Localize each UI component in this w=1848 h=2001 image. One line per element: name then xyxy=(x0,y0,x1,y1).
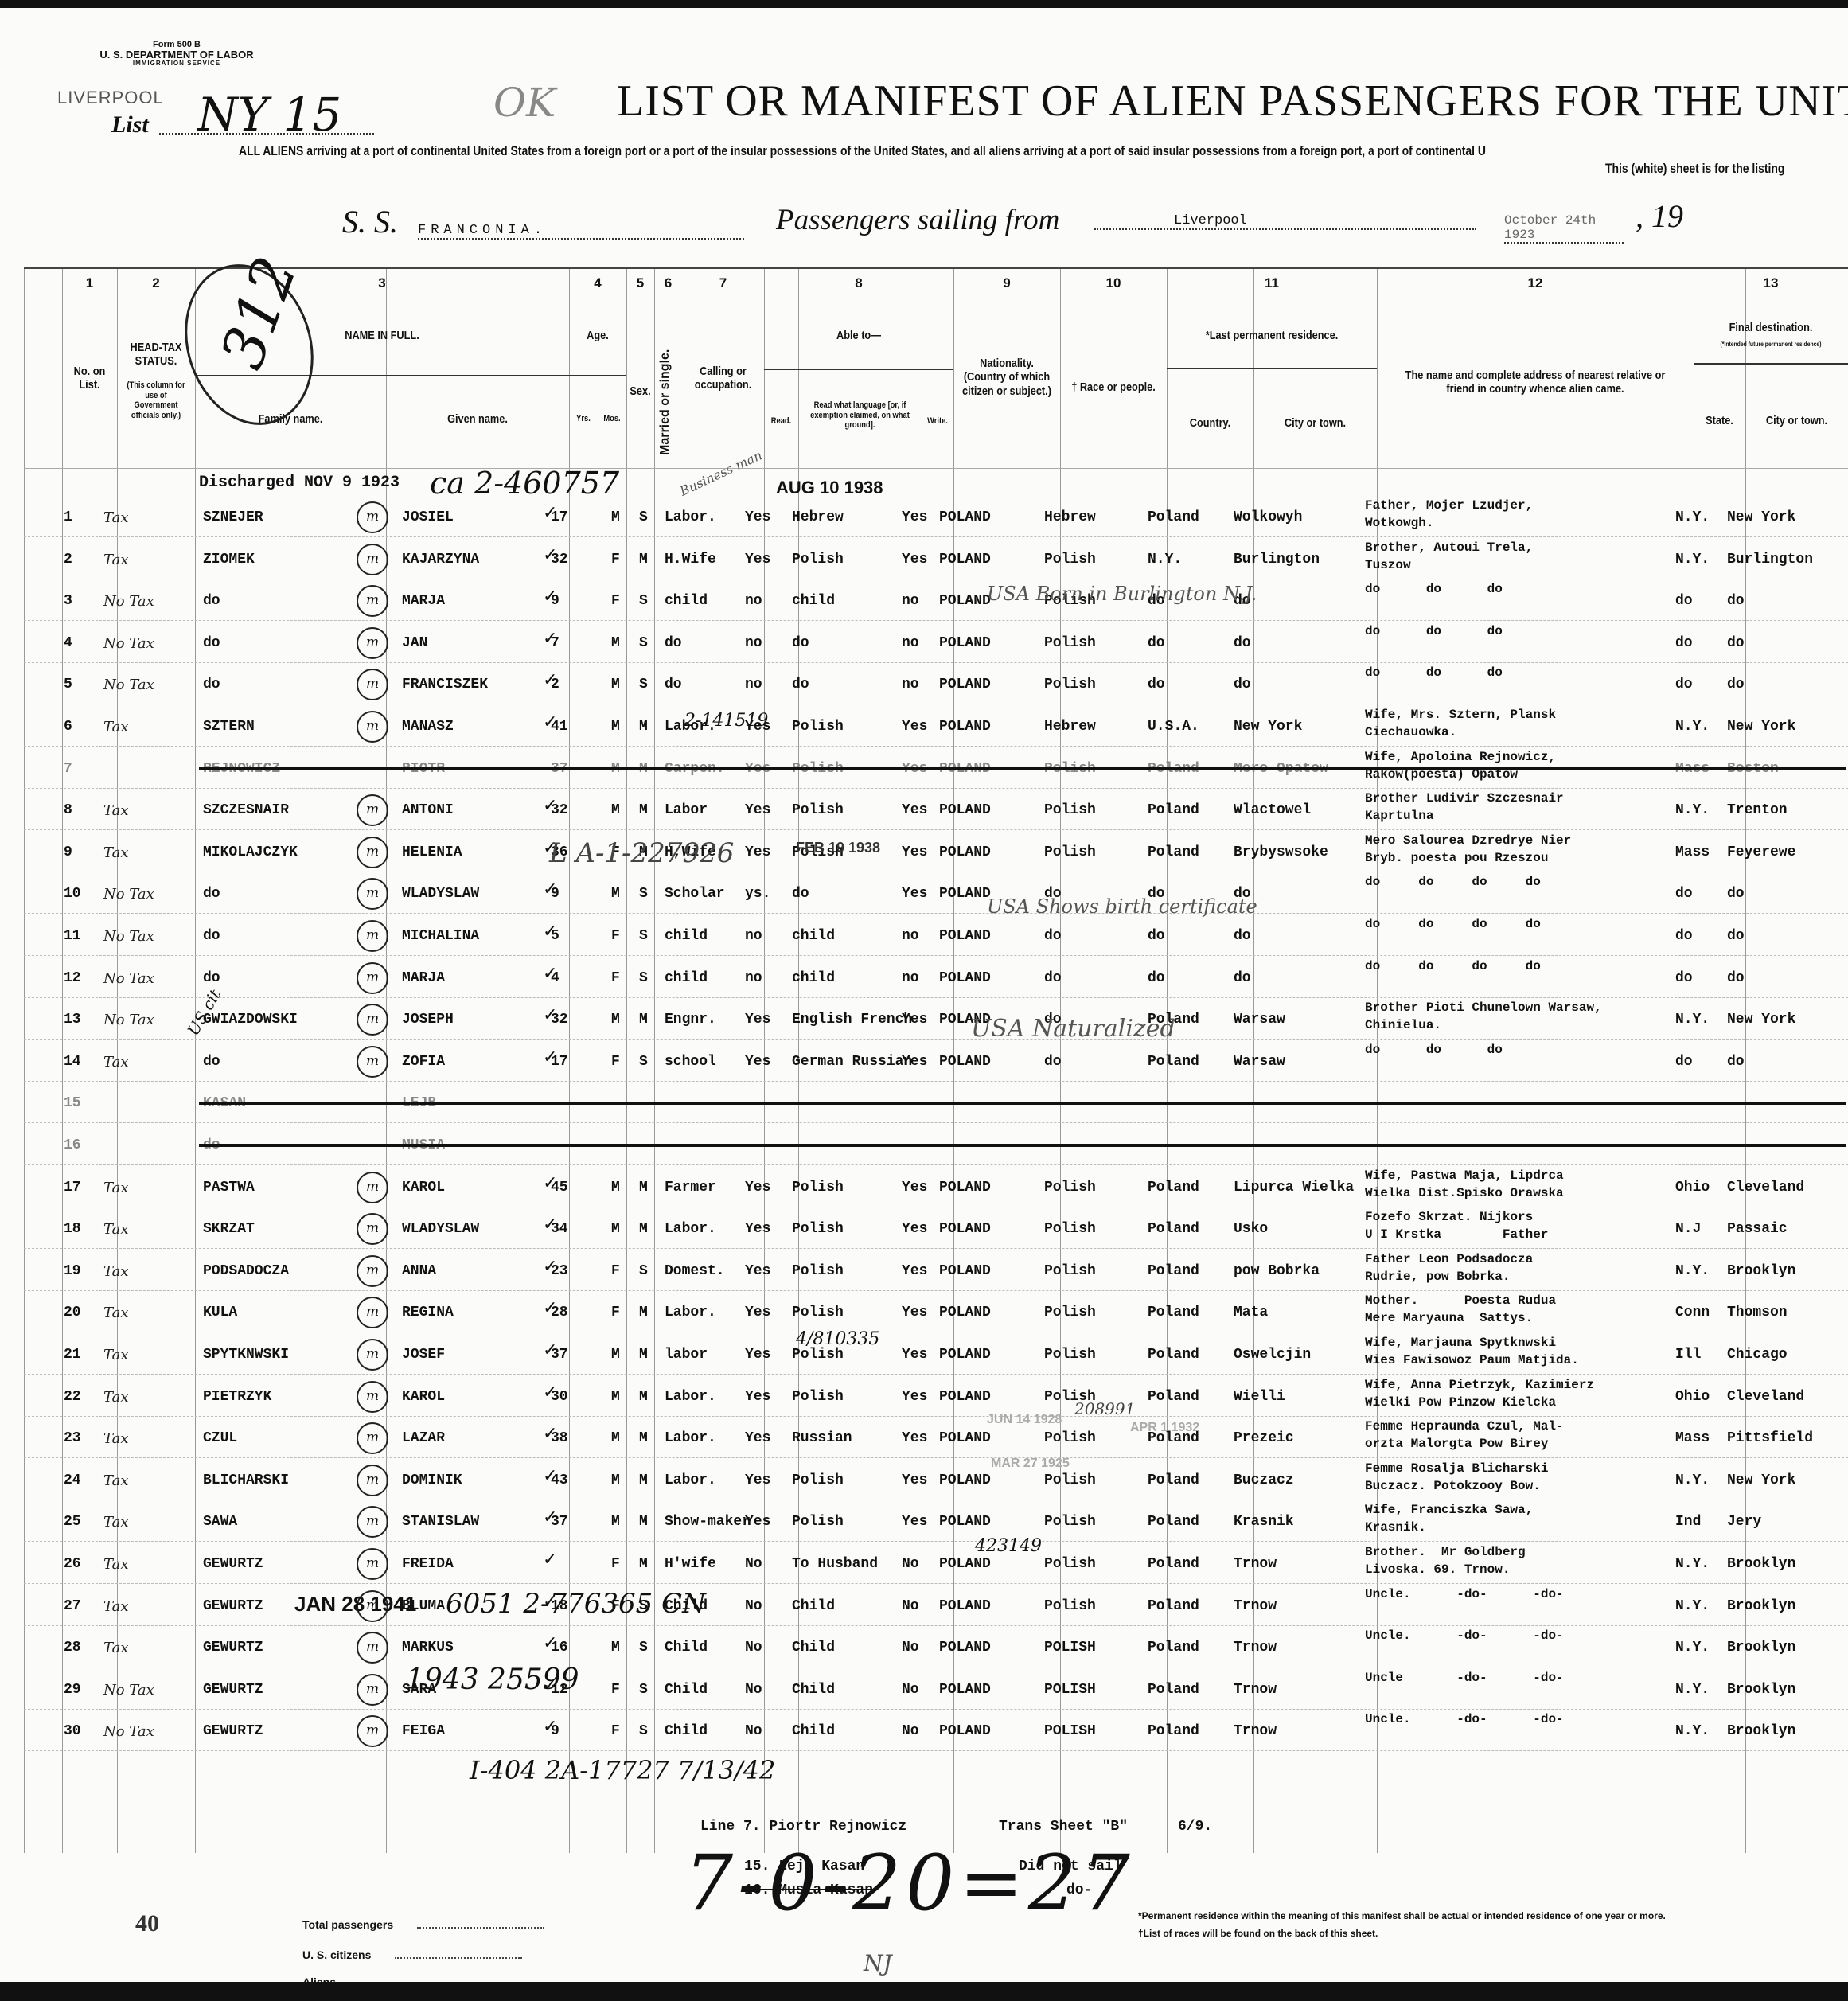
sex: M xyxy=(611,635,620,651)
sailing-label: Passengers sailing from xyxy=(776,203,1059,237)
passenger-row: 17TaxPASTWAKAROL45MMFarmerYesPolishYesPO… xyxy=(24,1165,1848,1207)
destination-state: N.Y. xyxy=(1675,509,1710,525)
passenger-row: 3No TaxdoMARJA9FSchildnochildnoPOLANDPol… xyxy=(24,579,1848,621)
header-dest-city: City or town. xyxy=(1753,414,1841,427)
passenger-row: 28TaxGEWURTZMARKUS16MSChildNoChildNoPOLA… xyxy=(24,1625,1848,1667)
line-number: 23 xyxy=(64,1430,81,1446)
family-name: PASTWA xyxy=(203,1180,255,1196)
service-name: IMMIGRATION SERVICE xyxy=(49,60,304,68)
residence-city: do xyxy=(1234,928,1251,944)
residence-country: Poland xyxy=(1148,844,1199,860)
can-write: No xyxy=(902,1556,919,1572)
relative-line: Brother Pioti Chunelown Warsaw, xyxy=(1365,999,1602,1016)
residence-country: U.S.A. xyxy=(1148,719,1199,735)
marital-status: M xyxy=(639,552,648,568)
residence-country: Poland xyxy=(1148,509,1199,525)
relative-line: Father, Mojer Lzudjer, xyxy=(1365,497,1533,514)
residence-country: Poland xyxy=(1148,1723,1199,1739)
read-language: English French xyxy=(792,1012,912,1028)
can-read: Yes xyxy=(745,844,770,860)
residence-city: Wolkowyh xyxy=(1234,509,1302,525)
relative-line: Buczacz. Potokzooy Bow. xyxy=(1365,1477,1548,1495)
can-read: Yes xyxy=(745,1221,770,1237)
nearest-relative: Wife, Pastwa Maja, LipdrcaWielka Dist.Sp… xyxy=(1365,1167,1564,1202)
given-name: LAZAR xyxy=(402,1430,445,1446)
relative-line: do do do xyxy=(1365,1041,1503,1059)
nationality: POLAND xyxy=(939,635,991,651)
family-name: ZIOMEK xyxy=(203,552,255,568)
relative-line: Rudrie, pow Bobrka. xyxy=(1365,1268,1533,1285)
nearest-relative: Brother. Mr GoldbergLivoska. 69. Trnow. xyxy=(1365,1543,1526,1578)
can-write: No xyxy=(902,1640,919,1656)
nearest-relative: Uncle. -do- -do- xyxy=(1365,1627,1564,1644)
header-rule xyxy=(764,369,953,370)
line-number: 13 xyxy=(64,1012,81,1028)
header-country: Country. xyxy=(1173,416,1247,430)
family-name: GEWURTZ xyxy=(203,1598,263,1614)
occupation: child xyxy=(665,970,708,986)
occupation: Child xyxy=(665,1723,708,1739)
circled-m-mark: m xyxy=(357,1715,388,1747)
passenger-row: 20TaxKULAREGINA28FMLabor.YesPolishYesPOL… xyxy=(24,1290,1848,1332)
line-number: 20 xyxy=(64,1305,81,1320)
read-language: Polish xyxy=(792,1514,844,1530)
circled-m-mark: m xyxy=(357,1172,388,1203)
passenger-row: 18TaxSKRZATWLADYSLAW34MMLabor.YesPolishY… xyxy=(24,1207,1848,1249)
nearest-relative: Mero Salourea Dzredrye NierBryb. poesta … xyxy=(1365,832,1571,867)
nearest-relative: do do do xyxy=(1365,664,1503,681)
can-write: Yes xyxy=(902,1012,927,1028)
line-number: 12 xyxy=(64,970,81,986)
residence-city: Mata xyxy=(1234,1305,1268,1320)
race: Polish xyxy=(1044,1598,1096,1614)
head-tax-status: No Tax xyxy=(103,593,154,610)
head-tax-status: Tax xyxy=(103,509,129,526)
circled-m-mark: m xyxy=(357,669,388,700)
nationality: POLAND xyxy=(939,1305,991,1320)
given-name: JOSEPH xyxy=(402,1012,454,1028)
race: Hebrew xyxy=(1044,509,1096,525)
nationality: POLAND xyxy=(939,1556,991,1572)
family-name: do xyxy=(203,1054,220,1070)
header-head-tax: HEAD-TAX STATUS. xyxy=(123,341,189,369)
nearest-relative: Brother, Autoui Trela,Tuszow xyxy=(1365,539,1533,574)
residence-country: Poland xyxy=(1148,1180,1199,1196)
can-read: No xyxy=(745,1723,762,1739)
nearest-relative: Uncle. -do- -do- xyxy=(1365,1586,1564,1603)
relative-line: Uncle. -do- -do- xyxy=(1365,1710,1564,1728)
checkmark-icon: ✓ xyxy=(543,1508,557,1527)
can-write: Yes xyxy=(902,1472,927,1488)
nationality: POLAND xyxy=(939,1430,991,1446)
read-language: Polish xyxy=(792,1389,844,1405)
can-read: Yes xyxy=(745,1012,770,1028)
relative-line: Father Leon Podsadocza xyxy=(1365,1250,1533,1268)
destination-city: Feyerewe xyxy=(1727,844,1795,860)
checkmark-icon: ✓ xyxy=(543,670,557,690)
header-nationality: Nationality. (Country of which citizen o… xyxy=(961,357,1052,398)
circled-m-mark: m xyxy=(357,1381,388,1413)
certificate-annotation: 423149 xyxy=(975,1536,1042,1556)
race: POLISH xyxy=(1044,1723,1096,1739)
can-read: Yes xyxy=(745,1514,770,1530)
can-write: no xyxy=(902,593,919,609)
family-name: SAWA xyxy=(203,1514,237,1530)
race: Polish xyxy=(1044,1472,1096,1488)
read-language: child xyxy=(792,593,835,609)
given-name: STANISLAW xyxy=(402,1514,479,1530)
read-language: do xyxy=(792,886,809,902)
marital-status: S xyxy=(639,886,648,902)
checkmark-icon: ✓ xyxy=(543,712,557,732)
race: Polish xyxy=(1044,1556,1096,1572)
residence-city: do xyxy=(1234,677,1251,692)
relative-line: Mero Salourea Dzredrye Nier xyxy=(1365,832,1571,849)
nationality: POLAND xyxy=(939,802,991,818)
sex: M xyxy=(611,509,620,525)
race: do xyxy=(1044,1054,1062,1070)
occupation: Labor. xyxy=(665,1472,716,1488)
header-final-destination-note: (*Intended future permanent residence) xyxy=(1706,341,1837,348)
nationality: POLAND xyxy=(939,1180,991,1196)
header-head-tax-note: (This column for use of Government offic… xyxy=(123,380,189,421)
certificate-annotation: 4/810335 xyxy=(796,1329,879,1349)
relative-line: Chinielua. xyxy=(1365,1016,1602,1034)
total-passengers-line xyxy=(417,1927,544,1929)
passenger-row: 22TaxPIETRZYKKAROL30MMLabor.YesPolishYes… xyxy=(24,1375,1848,1417)
relative-line: do do do xyxy=(1365,580,1503,598)
can-write: Yes xyxy=(902,1305,927,1320)
can-read: Yes xyxy=(745,1263,770,1279)
race: Hebrew xyxy=(1044,719,1096,735)
checkmark-icon: ✓ xyxy=(543,1633,557,1653)
nationality: POLAND xyxy=(939,928,991,944)
sex: F xyxy=(611,1054,620,1070)
nationality: POLAND xyxy=(939,593,991,609)
occupation: Domest. xyxy=(665,1263,725,1279)
relative-line: Uncle. -do- -do- xyxy=(1365,1586,1564,1603)
sex: M xyxy=(611,1389,620,1405)
destination-state: N.Y. xyxy=(1675,1682,1710,1698)
circled-m-mark: m xyxy=(357,837,388,868)
head-tax-status: Tax xyxy=(103,1389,129,1406)
circled-m-mark: m xyxy=(357,711,388,743)
sex: F xyxy=(611,552,620,568)
header-race: † Race or people. xyxy=(1068,380,1159,394)
destination-city: Cleveland xyxy=(1727,1180,1804,1196)
occupation: H'wife xyxy=(665,1556,716,1572)
destination-state: N.Y. xyxy=(1675,802,1710,818)
ship-name: FRANCONIA. xyxy=(418,223,744,240)
can-read: Yes xyxy=(745,1180,770,1196)
residence-country: Poland xyxy=(1148,1640,1199,1656)
given-name: MARKUS xyxy=(402,1640,454,1656)
strike-through-line xyxy=(199,1144,1846,1147)
given-name: MARJA xyxy=(402,593,445,609)
checkmark-icon: ✓ xyxy=(543,880,557,899)
certificate-annotation: L A-1-227926 xyxy=(549,837,734,869)
can-write: Yes xyxy=(902,1263,927,1279)
nationality: POLAND xyxy=(939,1640,991,1656)
marital-status: M xyxy=(639,1472,648,1488)
certificate-annotation: 208991 xyxy=(1074,1399,1135,1418)
circled-m-mark: m xyxy=(357,1548,388,1580)
relative-line: Wife, Franciszka Sawa, xyxy=(1365,1501,1533,1519)
nationality: POLAND xyxy=(939,1472,991,1488)
destination-city: do xyxy=(1727,677,1745,692)
can-read: no xyxy=(745,970,762,986)
relative-line: orzta Malorgta Pow Birey xyxy=(1365,1435,1564,1453)
given-name: JAN xyxy=(402,635,427,651)
line-number: 17 xyxy=(64,1180,81,1196)
can-read: ys. xyxy=(745,886,770,902)
can-read: No xyxy=(745,1598,762,1614)
relative-line: Ciechauowka. xyxy=(1365,724,1556,741)
circled-m-mark: m xyxy=(357,1213,388,1245)
given-name: KAROL xyxy=(402,1389,445,1405)
race: Polish xyxy=(1044,1180,1096,1196)
destination-state: do xyxy=(1675,593,1693,609)
nationality: POLAND xyxy=(939,1263,991,1279)
nearest-relative: Wife, Mrs. Sztern, PlanskCiechauowka. xyxy=(1365,706,1556,741)
line-number: 26 xyxy=(64,1556,81,1572)
nationality: POLAND xyxy=(939,1598,991,1614)
can-write: Yes xyxy=(902,719,927,735)
can-write: Yes xyxy=(902,509,927,525)
passenger-row: 1TaxSZNEJERJOSIEL17MSLabor.YesHebrewYesP… xyxy=(24,495,1848,537)
header-read: Read. xyxy=(766,416,796,427)
manifest-title: LIST OR MANIFEST OF ALIEN PASSENGERS FOR… xyxy=(617,76,1848,127)
given-name: REGINA xyxy=(402,1305,454,1320)
passenger-row: 13No TaxGWIAZDOWSKIJOSEPH32MMEngnr.YesEn… xyxy=(24,997,1848,1040)
line-number: 10 xyxy=(64,886,81,902)
header-years: Yrs. xyxy=(571,414,596,424)
circled-m-mark: m xyxy=(357,1506,388,1538)
circled-m-mark: m xyxy=(357,1046,388,1078)
marital-status: M xyxy=(639,1389,648,1405)
relative-line: Femme Rosalja Blicharski xyxy=(1365,1460,1548,1477)
can-write: Yes xyxy=(902,552,927,568)
head-tax-status: Tax xyxy=(103,1640,129,1656)
marital-status: S xyxy=(639,970,648,986)
header-rule xyxy=(1694,363,1848,365)
checkmark-icon: ✓ xyxy=(543,1383,557,1402)
mar-date-stamp: MAR 27 1925 xyxy=(991,1457,1070,1471)
line-number: 7 xyxy=(64,761,72,777)
relative-line: do do do do xyxy=(1365,873,1541,891)
passenger-row: 11No TaxdoMICHALINA5FSchildnochildnoPOLA… xyxy=(24,914,1848,956)
marital-status: S xyxy=(639,928,648,944)
sex: M xyxy=(611,886,620,902)
nearest-relative: Wife, Franciszka Sawa,Krasnik. xyxy=(1365,1501,1533,1536)
destination-city: Brooklyn xyxy=(1727,1556,1795,1572)
circled-m-mark: m xyxy=(357,1632,388,1664)
race: do xyxy=(1044,970,1062,986)
race: Polish xyxy=(1044,1430,1096,1446)
us-citizens-field: U. S. citizens xyxy=(302,1948,522,1961)
year-prefix: , 19 xyxy=(1636,197,1683,235)
read-language: child xyxy=(792,970,835,986)
destination-city: Thomson xyxy=(1727,1305,1788,1320)
destination-state: Ohio xyxy=(1675,1389,1710,1405)
line-number: 28 xyxy=(64,1640,81,1656)
sex: F xyxy=(611,1263,620,1279)
family-name: GEWURTZ xyxy=(203,1682,263,1698)
line-number: 25 xyxy=(64,1514,81,1530)
sex: F xyxy=(611,1305,620,1320)
certificate-annotation: I-404 2A-17727 7/13/42 xyxy=(470,1755,775,1785)
destination-city: do xyxy=(1727,886,1745,902)
residence-city: Krasnik xyxy=(1234,1514,1294,1530)
line-number: 21 xyxy=(64,1347,81,1363)
nearest-relative: Father Leon PodsadoczaRudrie, pow Bobrka… xyxy=(1365,1250,1533,1285)
line-number: 5 xyxy=(64,677,72,692)
passenger-row: 12No TaxdoMARJA4FSchildnochildnoPOLANDdo… xyxy=(24,956,1848,998)
destination-state: Mass xyxy=(1675,844,1710,860)
marital-status: S xyxy=(639,1054,648,1070)
residence-city: Warsaw xyxy=(1234,1054,1285,1070)
nearest-relative: Father, Mojer Lzudjer,Wotkowgh. xyxy=(1365,497,1533,532)
circled-m-mark: m xyxy=(357,544,388,575)
relative-line: Femme Hepraunda Czul, Mal- xyxy=(1365,1418,1564,1435)
head-tax-status: Tax xyxy=(103,1347,129,1363)
occupation: H.Wife xyxy=(665,552,716,568)
family-name: SKRZAT xyxy=(203,1221,255,1237)
header-calling: Calling or occupation. xyxy=(688,365,758,392)
family-name: MIKOLAJCZYK xyxy=(203,844,298,860)
family-name: do xyxy=(203,886,220,902)
can-read: Yes xyxy=(745,802,770,818)
can-write: No xyxy=(902,1723,919,1739)
destination-city: do xyxy=(1727,593,1745,609)
destination-city: Pittsfield xyxy=(1727,1430,1813,1446)
line-number: 9 xyxy=(64,844,72,860)
feb-date-stamp: FEB 19 1938 xyxy=(796,840,880,856)
relative-line: Wife, Anna Pietrzyk, Kazimierz xyxy=(1365,1376,1594,1394)
sex: F xyxy=(611,1682,620,1698)
checkmark-icon: ✓ xyxy=(543,1466,557,1486)
relative-line: Brother Ludivir Szczesnair xyxy=(1365,790,1564,807)
sailing-date: October 24th 1923 xyxy=(1504,213,1624,244)
relative-line: Krasnik. xyxy=(1365,1519,1533,1536)
column-number: 10 xyxy=(1060,275,1167,291)
head-tax-status: Tax xyxy=(103,1180,129,1196)
sex: F xyxy=(611,593,620,609)
header-last-residence: *Last permanent residence. xyxy=(1183,329,1361,342)
destination-city: Cleveland xyxy=(1727,1389,1804,1405)
circled-m-mark: m xyxy=(357,1004,388,1036)
head-tax-status: Tax xyxy=(103,719,129,735)
head-tax-status: No Tax xyxy=(103,928,154,945)
header-final-destination: Final destination. xyxy=(1706,321,1837,334)
can-read: Yes xyxy=(745,1347,770,1363)
destination-state: Ind xyxy=(1675,1514,1701,1530)
circled-m-mark: m xyxy=(357,1422,388,1454)
read-language: Polish xyxy=(792,1472,844,1488)
relative-line: Kaprtulna xyxy=(1365,807,1564,825)
read-language: Polish xyxy=(792,1347,844,1363)
circled-m-mark: m xyxy=(357,1339,388,1371)
destination-state: N.Y. xyxy=(1675,1012,1710,1028)
relative-line: Wife, Marjauna Spytknwski xyxy=(1365,1334,1579,1352)
header-read-language: Read what language [or, if exemption cla… xyxy=(808,400,913,431)
nationality: POLAND xyxy=(939,677,991,692)
header-able-to: Able to— xyxy=(778,329,939,342)
checkmark-icon: ✓ xyxy=(543,1424,557,1444)
nationality: POLAND xyxy=(939,509,991,525)
passenger-row: 24TaxBLICHARSKIDOMINIK43MMLabor.YesPolis… xyxy=(24,1458,1848,1500)
can-write: no xyxy=(902,677,919,692)
circled-m-mark: m xyxy=(357,585,388,617)
checkmark-icon: ✓ xyxy=(543,587,557,607)
naturalized-note: USA Naturalized xyxy=(971,1015,1175,1043)
nationality: POLAND xyxy=(939,1221,991,1237)
destination-city: New York xyxy=(1727,1472,1795,1488)
head-tax-status: Tax xyxy=(103,1054,129,1071)
race: Polish xyxy=(1044,552,1096,568)
residence-city: Prezeic xyxy=(1234,1430,1294,1446)
given-name: JOSEF xyxy=(402,1347,445,1363)
checkmark-icon: ✓ xyxy=(543,922,557,942)
nationality: POLAND xyxy=(939,552,991,568)
line-number: 14 xyxy=(64,1054,81,1070)
destination-city: New York xyxy=(1727,1012,1795,1028)
marital-status: M xyxy=(639,802,648,818)
destination-city: Trenton xyxy=(1727,802,1788,818)
circled-m-mark: m xyxy=(357,1674,388,1706)
aug-date-stamp: AUG 10 1938 xyxy=(776,478,883,498)
occupation: Engnr. xyxy=(665,1012,716,1028)
relative-line: do do do do xyxy=(1365,915,1541,933)
relative-line: Tuszow xyxy=(1365,556,1533,574)
checkmark-icon: ✓ xyxy=(543,1257,557,1277)
nationality: POLAND xyxy=(939,1054,991,1070)
column-number: 13 xyxy=(1694,275,1848,291)
nearest-relative: Mother. Poesta RuduaMere Maryauna Sattys… xyxy=(1365,1292,1556,1327)
residence-city: Oswelcjin xyxy=(1234,1347,1311,1363)
nearest-relative: Brother Pioti Chunelown Warsaw,Chinielua… xyxy=(1365,999,1602,1034)
total-passengers-field: Total passengers xyxy=(302,1918,544,1931)
residence-country: Poland xyxy=(1148,1263,1199,1279)
race: Polish xyxy=(1044,1221,1096,1237)
can-write: No xyxy=(902,1682,919,1698)
header-bottom-rule xyxy=(24,468,1848,469)
marital-status: M xyxy=(639,1347,648,1363)
read-language: Polish xyxy=(792,1180,844,1196)
given-name: WLADYSLAW xyxy=(402,1221,479,1237)
certificate-annotation: 6051 2-776365 CN xyxy=(446,1588,706,1620)
relative-line: Bryb. poesta pou Rzeszou xyxy=(1365,849,1571,867)
residence-country: Poland xyxy=(1148,1556,1199,1572)
residence-country: Poland xyxy=(1148,1221,1199,1237)
passenger-row: 9TaxMIKOLAJCZYKHELENIA36FMH,WifeYesPolis… xyxy=(24,830,1848,872)
sex: M xyxy=(611,719,620,735)
given-name: MANASZ xyxy=(402,719,454,735)
destination-city: Jery xyxy=(1727,1514,1761,1530)
marital-status: M xyxy=(639,719,648,735)
column-number: 1 xyxy=(62,275,117,291)
nationality: POLAND xyxy=(939,1682,991,1698)
nearest-relative: Femme Rosalja BlicharskiBuczacz. Potokzo… xyxy=(1365,1460,1548,1495)
residence-city: do xyxy=(1234,635,1251,651)
family-name: do xyxy=(203,593,220,609)
residence-city: Warsaw xyxy=(1234,1012,1285,1028)
residence-country: Poland xyxy=(1148,1514,1199,1530)
residence-city: Trnow xyxy=(1234,1682,1277,1698)
line-number: 24 xyxy=(64,1472,81,1488)
residence-city: New York xyxy=(1234,719,1302,735)
head-tax-status: Tax xyxy=(103,1305,129,1321)
